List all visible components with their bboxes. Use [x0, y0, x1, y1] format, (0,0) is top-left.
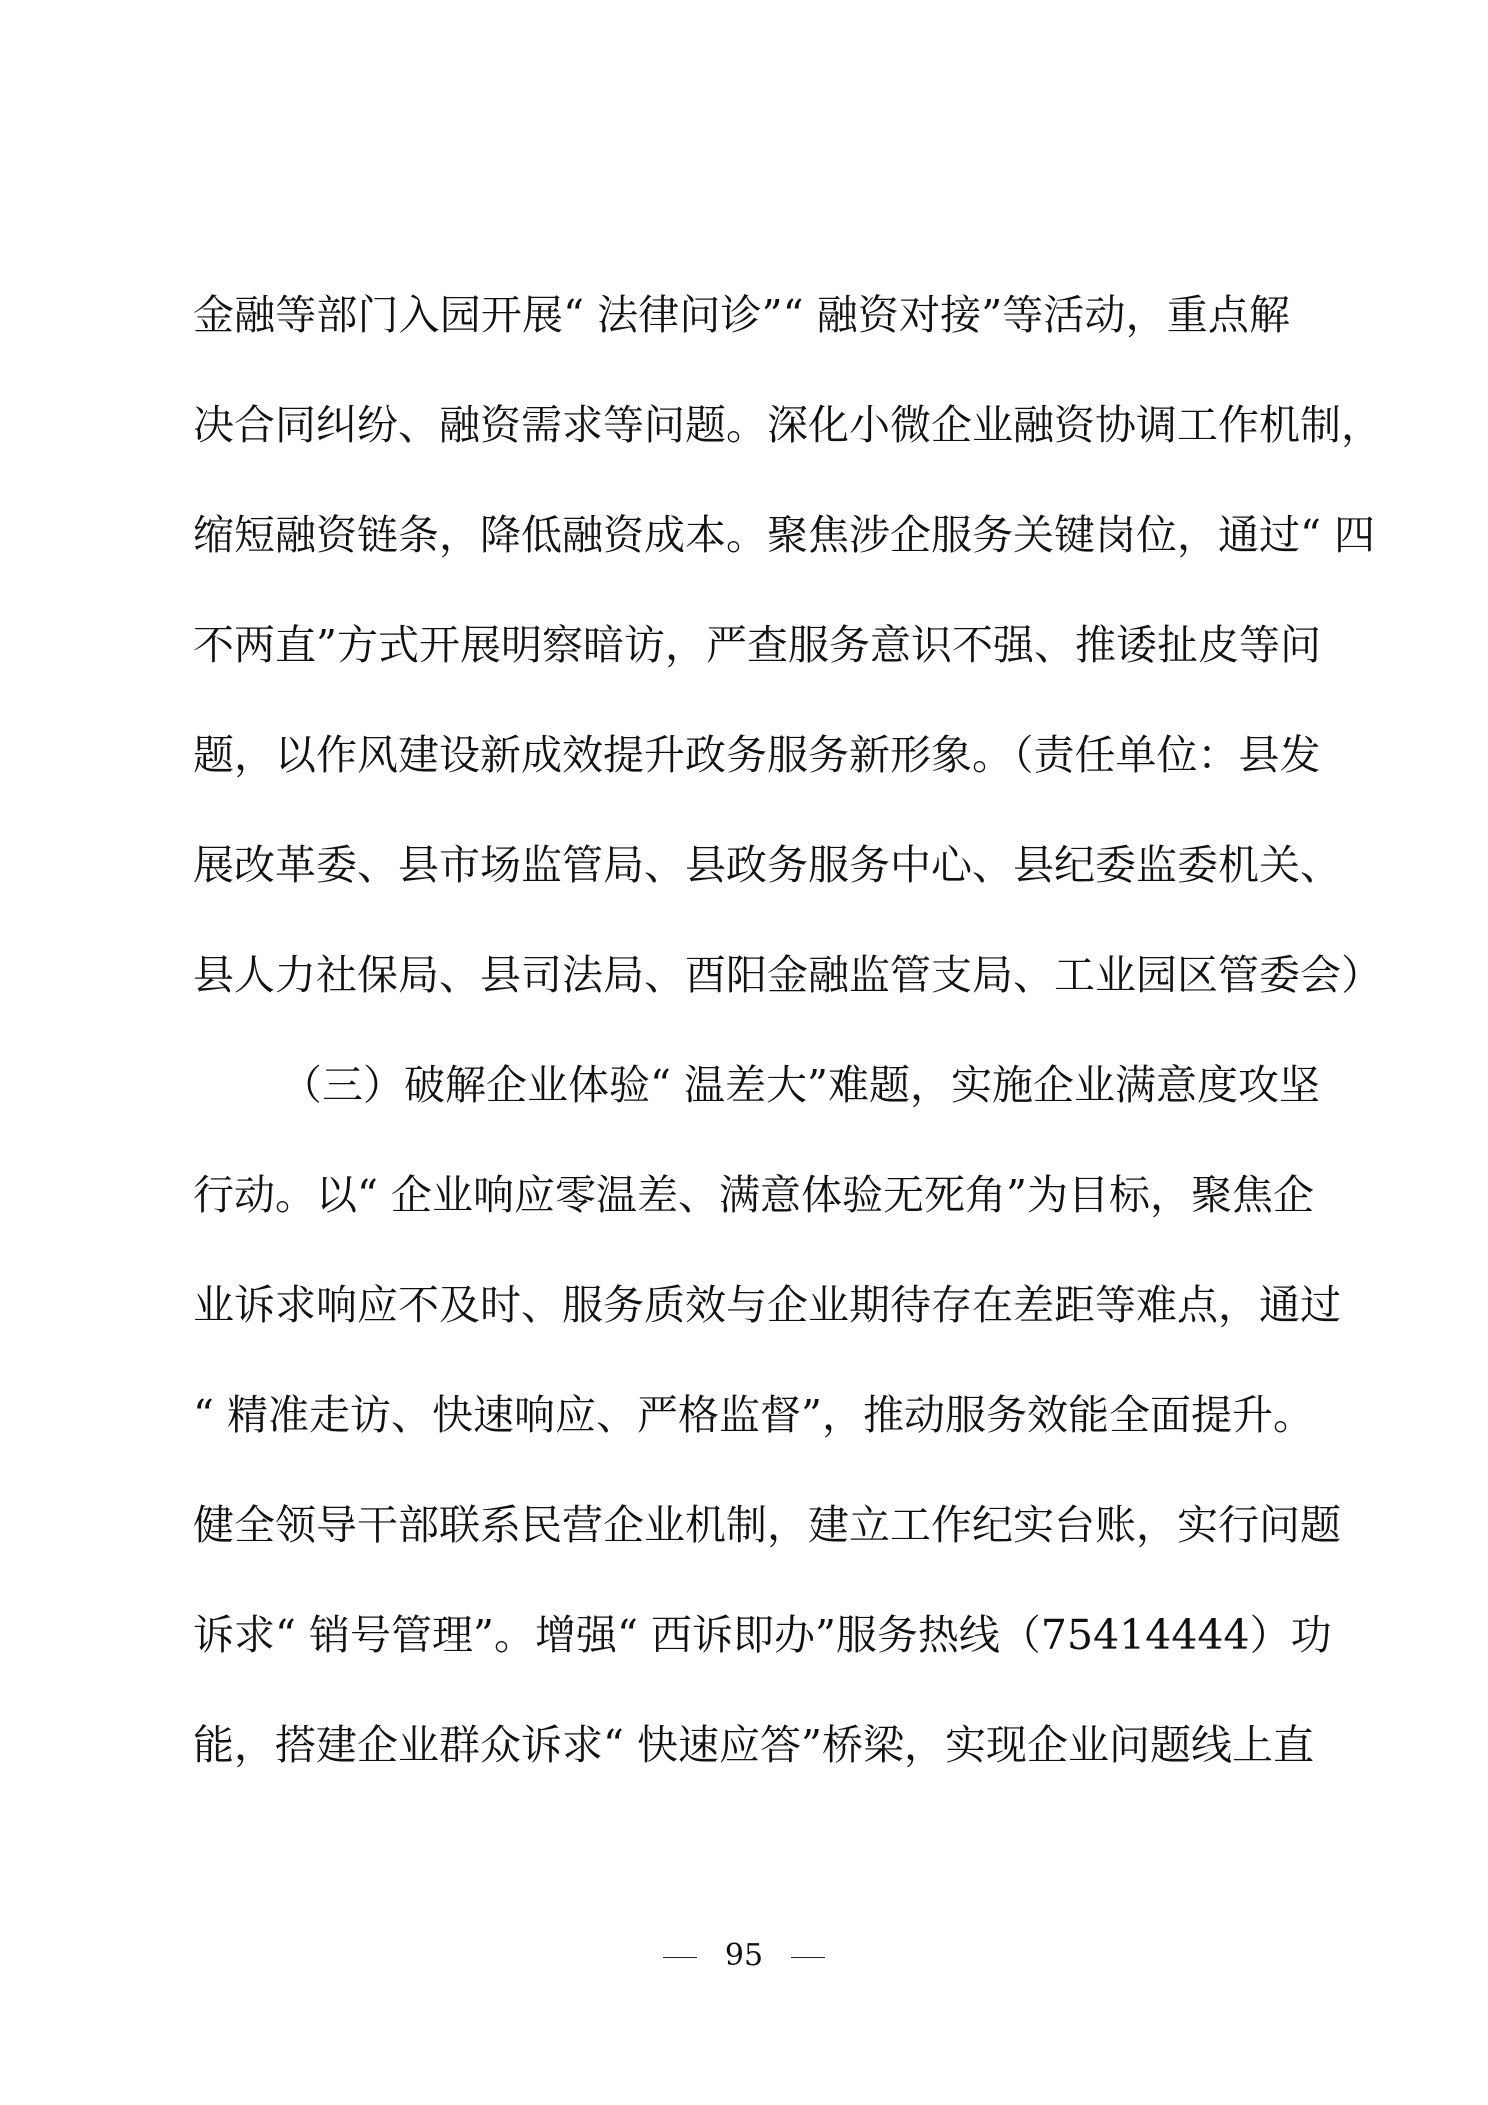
text-line: 健全领导干部联系民营企业机制，建立工作纪实台账，实行问题 [193, 1495, 1290, 1605]
text-line: “ 精准走访、快速响应、严格监督”，推动服务效能全面提升。 [193, 1385, 1290, 1495]
section-heading-line: （三）破解企业体验“ 温差大”难题，实施企业满意度攻坚 [193, 1055, 1290, 1165]
dash-left [663, 1957, 697, 1958]
text-line: 能，搭建企业群众诉求“ 快速应答”桥梁，实现企业问题线上直 [193, 1715, 1290, 1825]
text-line: 展改革委、县市场监管局、县政务服务中心、县纪委监委机关、 [193, 835, 1290, 945]
document-page: 金融等部门入园开展“ 法律问诊”“ 融资对接”等活动，重点解 决合同纠纷、融资需… [0, 0, 1488, 2105]
text-line: 金融等部门入园开展“ 法律问诊”“ 融资对接”等活动，重点解 [193, 285, 1290, 395]
body-text: 金融等部门入园开展“ 法律问诊”“ 融资对接”等活动，重点解 决合同纠纷、融资需… [193, 285, 1293, 1825]
text-line: 不两直”方式开展明察暗访，严查服务意识不强、推诿扯皮等问 [193, 615, 1290, 725]
text-line: 决合同纠纷、融资需求等问题。深化小微企业融资协调工作机制， [193, 395, 1290, 505]
text-line: 题，以作风建设新成效提升政务服务新形象。（责任单位：县发 [193, 725, 1290, 835]
dash-right [791, 1957, 825, 1958]
text-line: 缩短融资链条，降低融资成本。聚焦涉企服务关键岗位，通过“ 四 [193, 505, 1290, 615]
page-number: 95 [0, 1938, 1488, 1973]
page-number-value: 95 [725, 1938, 763, 1973]
text-line: 县人力社保局、县司法局、酉阳金融监管支局、工业园区管委会） [193, 945, 1290, 1055]
text-line: 诉求“ 销号管理”。增强“ 西诉即办”服务热线（75414444）功 [193, 1605, 1290, 1715]
text-line: 业诉求响应不及时、服务质效与企业期待存在差距等难点，通过 [193, 1275, 1290, 1385]
text-line: 行动。以“ 企业响应零温差、满意体验无死角”为目标，聚焦企 [193, 1165, 1290, 1275]
